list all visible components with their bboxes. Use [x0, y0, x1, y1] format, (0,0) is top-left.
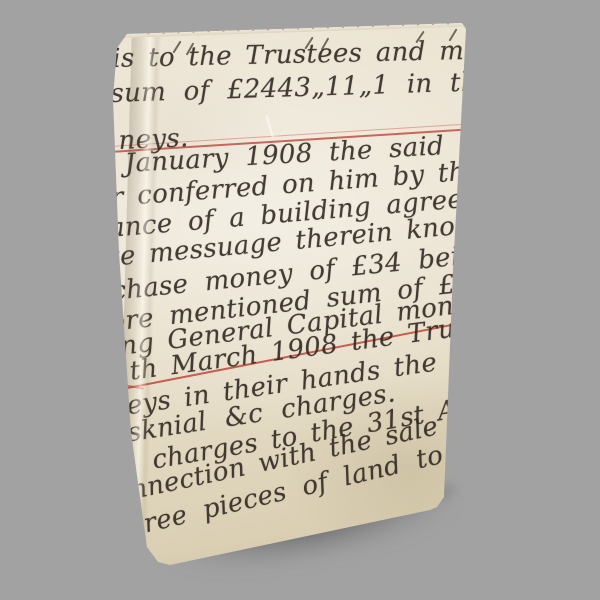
manuscript-line: sum of £2443„11„1 in tha [110, 67, 494, 109]
manuscript-covered-notebook: is to the Trustees and maksum of £2443„1… [0, 0, 600, 600]
handwritten-text: is to the Trustees and maksum of £2443„1… [0, 0, 600, 600]
photo-backdrop: is to the Trustees and maksum of £2443„1… [0, 0, 600, 600]
